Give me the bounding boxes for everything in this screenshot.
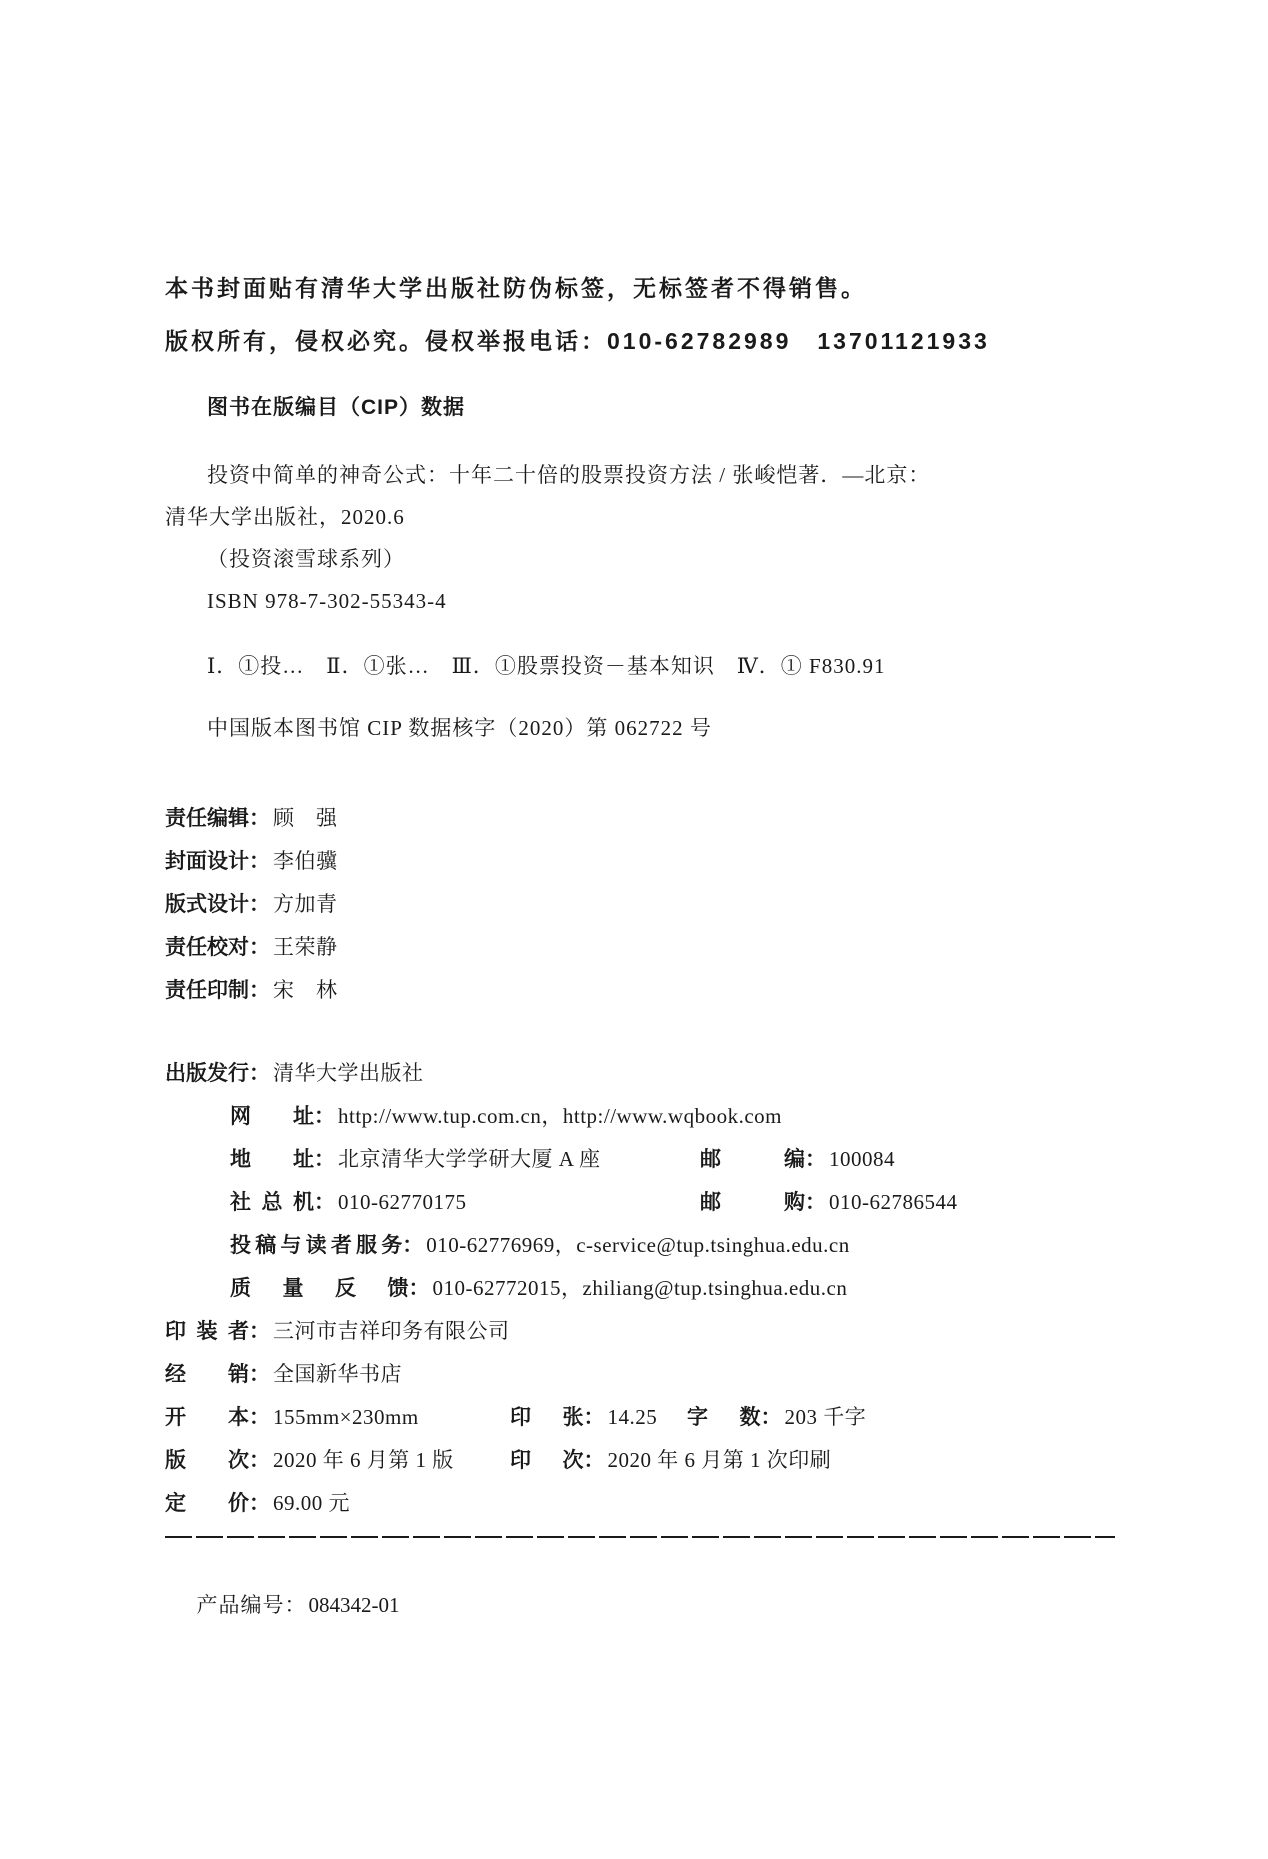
publication-field: 印 装 者：三河市吉祥印务有限公司 (165, 1319, 510, 1343)
publication-field: 经 销：全国新华书店 (165, 1362, 402, 1386)
credit-row: 责任编辑：顾 强 (165, 806, 1125, 831)
field-label: 投 稿 与 读 者 服 务 (230, 1234, 402, 1257)
publication-field: 地 址：北京清华大学学研大厦 A 座 (230, 1147, 601, 1171)
field-label: 定 价 (165, 1492, 249, 1515)
field-colon: ： (761, 1406, 782, 1429)
credit-row: 责任校对：王荣静 (165, 935, 1125, 960)
credit-colon: ： (249, 893, 270, 916)
field-colon: ： (249, 1492, 270, 1515)
publication-field: 印 张：14.25 (510, 1405, 657, 1430)
copyright-page: 本书封面贴有清华大学出版社防伪标签，无标签者不得销售。 版权所有，侵权必究。侵权… (0, 0, 1268, 1859)
credit-colon: ： (249, 936, 270, 959)
field-value: http://www.tup.com.cn，http://www.wqbook.… (338, 1104, 782, 1128)
publication-field: 质 量 反 馈：010-62772015，zhiliang@tup.tsingh… (230, 1276, 847, 1300)
field-label: 经 销 (165, 1363, 249, 1386)
publication-row: 投 稿 与 读 者 服 务：010-62776969，c-service@tup… (165, 1233, 1125, 1258)
separator-line (165, 1536, 1115, 1538)
credit-label: 封面设计 (165, 850, 249, 873)
field-colon: ： (314, 1191, 335, 1214)
publication-field: 开 本：155mm×230mm (165, 1405, 419, 1429)
field-label: 社 总 机 (230, 1191, 314, 1214)
product-code-value: 084342-01 (309, 1593, 400, 1617)
credit-value: 方加青 (273, 892, 338, 916)
credit-label: 版式设计 (165, 893, 249, 916)
cip-isbn-line: ISBN 978-7-302-55343-4 (165, 589, 1125, 613)
field-label: 质 量 反 馈 (230, 1277, 409, 1300)
field-label: 出版发行 (165, 1062, 249, 1085)
field-colon: ： (249, 1449, 270, 1472)
publication-field: 出版发行：清华大学出版社 (165, 1061, 424, 1085)
publication-field: 网 址：http://www.tup.com.cn，http://www.wqb… (230, 1104, 782, 1128)
cip-publisher-line: 清华大学出版社，2020.6 (165, 505, 1125, 529)
publication-field: 字 数：203 千字 (687, 1405, 866, 1430)
field-label: 版 次 (165, 1449, 249, 1472)
publication-row: 地 址：北京清华大学学研大厦 A 座邮 编：100084 (165, 1147, 1125, 1172)
credit-label: 责任编辑 (165, 807, 249, 830)
field-colon: ： (584, 1406, 605, 1429)
cip-registration-line: 中国版本图书馆 CIP 数据核字（2020）第 062722 号 (165, 716, 1125, 740)
page-content: 本书封面贴有清华大学出版社防伪标签，无标签者不得销售。 版权所有，侵权必究。侵权… (165, 276, 1125, 1642)
credit-value: 王荣静 (273, 935, 338, 959)
credit-colon: ： (249, 850, 270, 873)
credit-value: 顾 强 (273, 806, 338, 830)
cip-heading: 图书在版编目（CIP）数据 (165, 396, 1125, 420)
publication-field: 社 总 机：010-62770175 (230, 1190, 467, 1214)
field-label: 印 装 者 (165, 1320, 249, 1343)
credit-colon: ： (249, 807, 270, 830)
field-colon: ： (249, 1062, 270, 1085)
publication-field: 投 稿 与 读 者 服 务：010-62776969，c-service@tup… (230, 1233, 850, 1257)
publication-row: 出版发行：清华大学出版社 (165, 1061, 1125, 1086)
field-value: 010-62786544 (829, 1190, 958, 1214)
credit-colon: ： (249, 979, 270, 1002)
field-label: 邮 编 (700, 1148, 805, 1171)
credits-block: 责任编辑：顾 强封面设计：李伯骥版式设计：方加青责任校对：王荣静责任印制：宋 林 (165, 806, 1125, 1003)
product-code-line: 产品编号：084342-01 (165, 1569, 1125, 1642)
field-value: 三河市吉祥印务有限公司 (273, 1319, 510, 1343)
field-colon: ： (249, 1320, 270, 1343)
field-colon: ： (249, 1363, 270, 1386)
notice-line-2: 版权所有，侵权必究。侵权举报电话：010-62782989 1370112193… (165, 329, 1125, 353)
field-value: 010-62776969，c-service@tup.tsinghua.edu.… (426, 1233, 850, 1257)
field-colon: ： (409, 1277, 430, 1300)
publication-row: 印 装 者：三河市吉祥印务有限公司 (165, 1319, 1125, 1344)
field-colon: ： (402, 1234, 423, 1257)
field-label: 网 址 (230, 1105, 314, 1128)
credit-row: 责任印制：宋 林 (165, 978, 1125, 1003)
field-value: 2020 年 6 月第 1 次印刷 (608, 1448, 832, 1472)
field-value: 155mm×230mm (273, 1405, 419, 1429)
product-code-label: 产品编号 (197, 1594, 285, 1617)
publication-field: 版 次：2020 年 6 月第 1 版 (165, 1448, 454, 1472)
field-value: 北京清华大学学研大厦 A 座 (338, 1147, 601, 1171)
field-value: 2020 年 6 月第 1 版 (273, 1448, 454, 1472)
credit-row: 封面设计：李伯骥 (165, 849, 1125, 874)
field-colon: ： (314, 1105, 335, 1128)
field-label: 邮 购 (700, 1191, 805, 1214)
field-colon: ： (805, 1148, 826, 1171)
field-label: 开 本 (165, 1406, 249, 1429)
publication-row: 经 销：全国新华书店 (165, 1362, 1125, 1387)
publication-field: 定 价：69.00 元 (165, 1491, 350, 1515)
credit-value: 宋 林 (273, 978, 338, 1002)
field-label: 地 址 (230, 1148, 314, 1171)
publication-row: 质 量 反 馈：010-62772015，zhiliang@tup.tsingh… (165, 1276, 1125, 1301)
publication-field: 印 次：2020 年 6 月第 1 次印刷 (510, 1448, 831, 1473)
credit-label: 责任印制 (165, 979, 249, 1002)
field-colon: ： (805, 1191, 826, 1214)
publication-info-block: 出版发行：清华大学出版社网 址：http://www.tup.com.cn，ht… (165, 1061, 1125, 1516)
field-colon: ： (249, 1406, 270, 1429)
notice-line-1: 本书封面贴有清华大学出版社防伪标签，无标签者不得销售。 (165, 276, 1125, 300)
publication-row: 定 价：69.00 元 (165, 1491, 1125, 1516)
field-label: 印 张 (510, 1406, 584, 1429)
cip-data-block: 图书在版编目（CIP）数据 投资中简单的神奇公式：十年二十倍的股票投资方法 / … (165, 396, 1125, 740)
cip-classification-line: Ⅰ．①投… Ⅱ．①张… Ⅲ．①股票投资－基本知识 Ⅳ．① F830.91 (165, 654, 1125, 678)
publication-row: 版 次：2020 年 6 月第 1 版印 次：2020 年 6 月第 1 次印刷 (165, 1448, 1125, 1473)
field-label: 印 次 (510, 1449, 584, 1472)
cip-series-line: （投资滚雪球系列） (165, 547, 1125, 571)
credit-label: 责任校对 (165, 936, 249, 959)
field-value: 010-62772015，zhiliang@tup.tsinghua.edu.c… (433, 1276, 848, 1300)
field-value: 203 千字 (785, 1405, 867, 1429)
credit-row: 版式设计：方加青 (165, 892, 1125, 917)
publication-row: 网 址：http://www.tup.com.cn，http://www.wqb… (165, 1104, 1125, 1129)
field-value: 69.00 元 (273, 1491, 350, 1515)
publication-field: 邮 编：100084 (700, 1147, 895, 1172)
field-value: 100084 (829, 1147, 895, 1171)
publication-row: 社 总 机：010-62770175邮 购：010-62786544 (165, 1190, 1125, 1215)
field-value: 清华大学出版社 (273, 1061, 424, 1085)
credit-value: 李伯骥 (273, 849, 338, 873)
field-value: 010-62770175 (338, 1190, 467, 1214)
field-colon: ： (314, 1148, 335, 1171)
field-value: 全国新华书店 (273, 1362, 402, 1386)
publication-field: 邮 购：010-62786544 (700, 1190, 958, 1215)
anti-piracy-notice: 本书封面贴有清华大学出版社防伪标签，无标签者不得销售。 版权所有，侵权必究。侵权… (165, 276, 1125, 353)
product-code-colon: ： (285, 1594, 306, 1617)
field-value: 14.25 (608, 1405, 658, 1429)
publication-row: 开 本：155mm×230mm印 张：14.25字 数：203 千字 (165, 1405, 1125, 1430)
field-colon: ： (584, 1449, 605, 1472)
field-label: 字 数 (687, 1406, 761, 1429)
cip-title-line: 投资中简单的神奇公式：十年二十倍的股票投资方法 / 张峻恺著．—北京： (165, 463, 1125, 487)
